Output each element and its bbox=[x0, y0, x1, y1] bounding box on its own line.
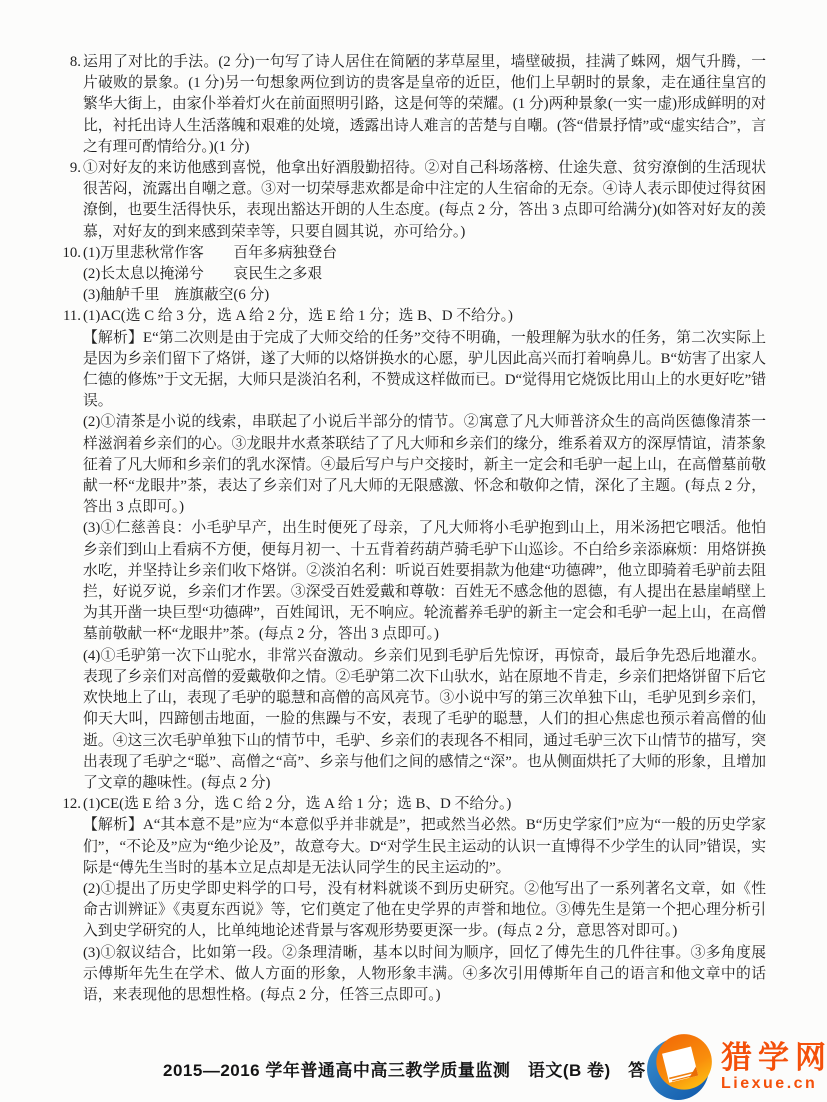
logo-site-domain: Liexue.cn bbox=[721, 1075, 827, 1092]
answer-number: 11. bbox=[56, 306, 81, 327]
answer-paragraph: 【解析】E“第二次则是由于完成了大师交给的任务”交待不明确，一般理解为驮水的任务… bbox=[83, 328, 766, 413]
answer-paragraph: (1)AC(选 C 给 3 分，选 A 给 2 分，选 E 给 1 分；选 B、… bbox=[83, 306, 766, 327]
answer-number: 8. bbox=[56, 52, 81, 73]
answer-item: 11.(1)AC(选 C 给 3 分，选 A 给 2 分，选 E 给 1 分；选… bbox=[56, 306, 766, 794]
answer-item: 9.①对好友的来访他感到喜悦，他拿出好酒殷勤招待。②对自己科场落榜、仕途失意、贫… bbox=[56, 158, 766, 243]
document-page: 8.运用了对比的手法。(2 分)一句写了诗人居住在简陋的茅草屋里，墙壁破损，挂满… bbox=[0, 0, 827, 1102]
answer-paragraph: ①对好友的来访他感到喜悦，他拿出好酒殷勤招待。②对自己科场落榜、仕途失意、贫穷潦… bbox=[83, 158, 766, 243]
logo-site-name: 猎学网 bbox=[721, 1041, 827, 1075]
answer-sheet: 8.运用了对比的手法。(2 分)一句写了诗人居住在简陋的茅草屋里，墙壁破损，挂满… bbox=[56, 52, 766, 1006]
answer-paragraph: (3)舳舻千里 旌旗蔽空(6 分) bbox=[83, 285, 766, 306]
liexue-logo: 猎学网 Liexue.cn bbox=[645, 1030, 827, 1102]
logo-text: 猎学网 Liexue.cn bbox=[721, 1041, 827, 1092]
answer-number: 9. bbox=[56, 158, 81, 179]
answer-number: 12. bbox=[56, 794, 81, 815]
answer-paragraph: (2)①提出了历史学即史料学的口号，没有材料就谈不到历史研究。②他写出了一系列著… bbox=[83, 879, 766, 943]
answer-paragraph: (4)①毛驴第一次下山驼水，非常兴奋激动。乡亲们见到毛驴后先惊讶，再惊奇，最后争… bbox=[83, 646, 766, 794]
answer-item: 8.运用了对比的手法。(2 分)一句写了诗人居住在简陋的茅草屋里，墙壁破损，挂满… bbox=[56, 52, 766, 158]
answer-paragraph: (1)万里悲秋常作客 百年多病独登台 bbox=[83, 243, 766, 264]
answer-paragraph: (2)长太息以掩涕兮 哀民生之多艰 bbox=[83, 264, 766, 285]
page-footer: 2015—2016 学年普通高中高三教学质量监测 语文(B 卷) 答案 第 2 bbox=[163, 1056, 713, 1081]
answer-paragraph: (2)①清茶是小说的线索，串联起了小说后半部分的情节。②寓意了凡大师普济众生的高… bbox=[83, 412, 766, 518]
answer-number: 10. bbox=[56, 243, 81, 264]
answer-paragraph: 运用了对比的手法。(2 分)一句写了诗人居住在简陋的茅草屋里，墙壁破损，挂满了蛛… bbox=[83, 52, 766, 158]
answer-paragraph: (3)①叙议结合，比如第一段。②条理清晰，基本以时间为顺序，回忆了傅先生的几件往… bbox=[83, 943, 766, 1007]
answer-item: 10.(1)万里悲秋常作客 百年多病独登台(2)长太息以掩涕兮 哀民生之多艰(3… bbox=[56, 243, 766, 307]
answer-paragraph: 【解析】A“其本意不是”应为“本意似乎并非就是”，把或然当必然。B“历史学家们”… bbox=[83, 815, 766, 879]
answer-paragraph: (1)CE(选 E 给 3 分，选 C 给 2 分，选 A 给 1 分；选 B、… bbox=[83, 794, 766, 815]
answer-paragraph: (3)①仁慈善良：小毛驴早产，出生时便死了母亲，了凡大师将小毛驴抱到山上，用米汤… bbox=[83, 518, 766, 645]
liexue-logo-icon bbox=[645, 1030, 717, 1102]
answer-item: 12.(1)CE(选 E 给 3 分，选 C 给 2 分，选 A 给 1 分；选… bbox=[56, 794, 766, 1006]
